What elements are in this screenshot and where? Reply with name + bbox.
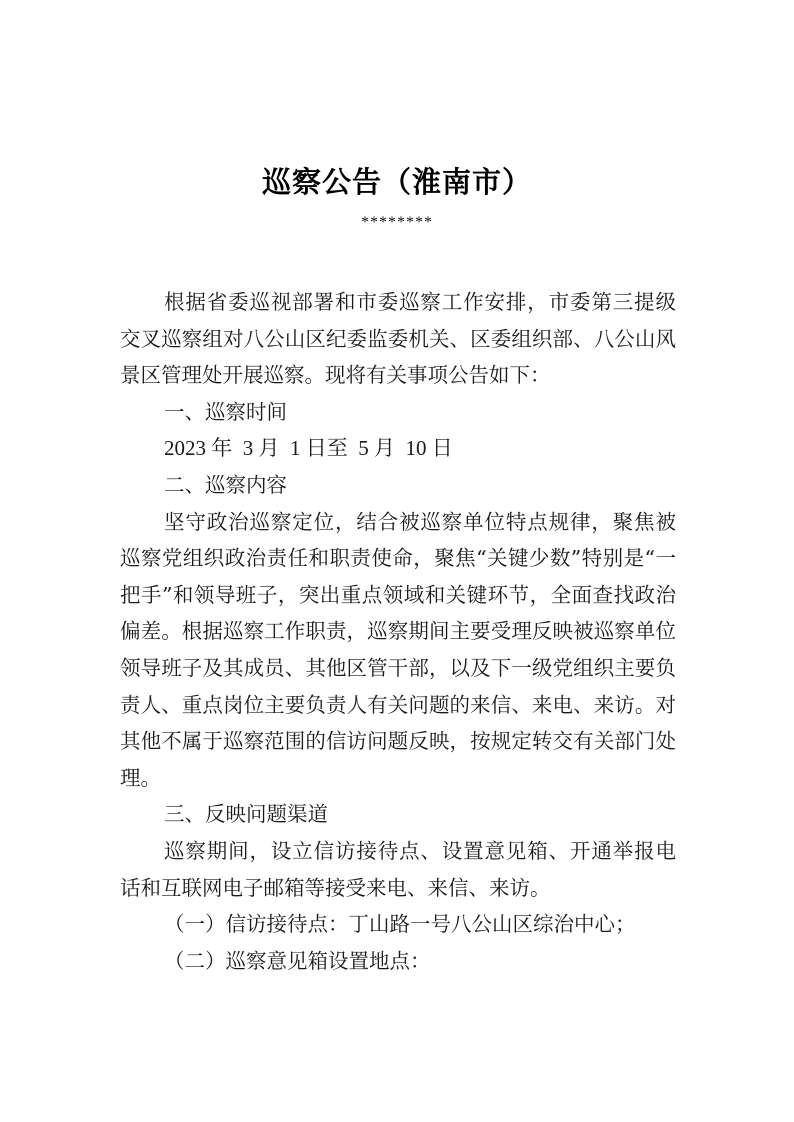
content-paragraph: 坚守政治巡察定位，结合被巡察单位特点规律，聚焦被巡察党组织政治责任和职责使命，聚… [120,504,676,797]
channel-item-suggestion-box: （二）巡察意见箱设置地点： [120,943,676,980]
inspection-date: 2023 年 3 月 1 日至 5 月 10 日 [120,430,676,467]
document-page: 巡察公告（淮南市） ******** 根据省委巡视部署和市委巡察工作安排，市委第… [0,0,794,1122]
document-title: 巡察公告（淮南市） [0,162,794,202]
channels-paragraph: 巡察期间，设立信访接待点、设置意见箱、开通举报电话和互联网电子邮箱等接受来电、来… [120,833,676,906]
channel-item-reception: （一）信访接待点：丁山路一号八公山区综治中心； [120,906,676,943]
section-heading-time: 一、巡察时间 [120,394,676,431]
document-subtitle: ******** [0,212,794,234]
section-heading-channels: 三、反映问题渠道 [120,796,676,833]
section-heading-content: 二、巡察内容 [120,467,676,504]
document-body: 根据省委巡视部署和市委巡察工作安排，市委第三提级交叉巡察组对八公山区纪委监委机关… [120,284,676,979]
intro-paragraph: 根据省委巡视部署和市委巡察工作安排，市委第三提级交叉巡察组对八公山区纪委监委机关… [120,284,676,394]
